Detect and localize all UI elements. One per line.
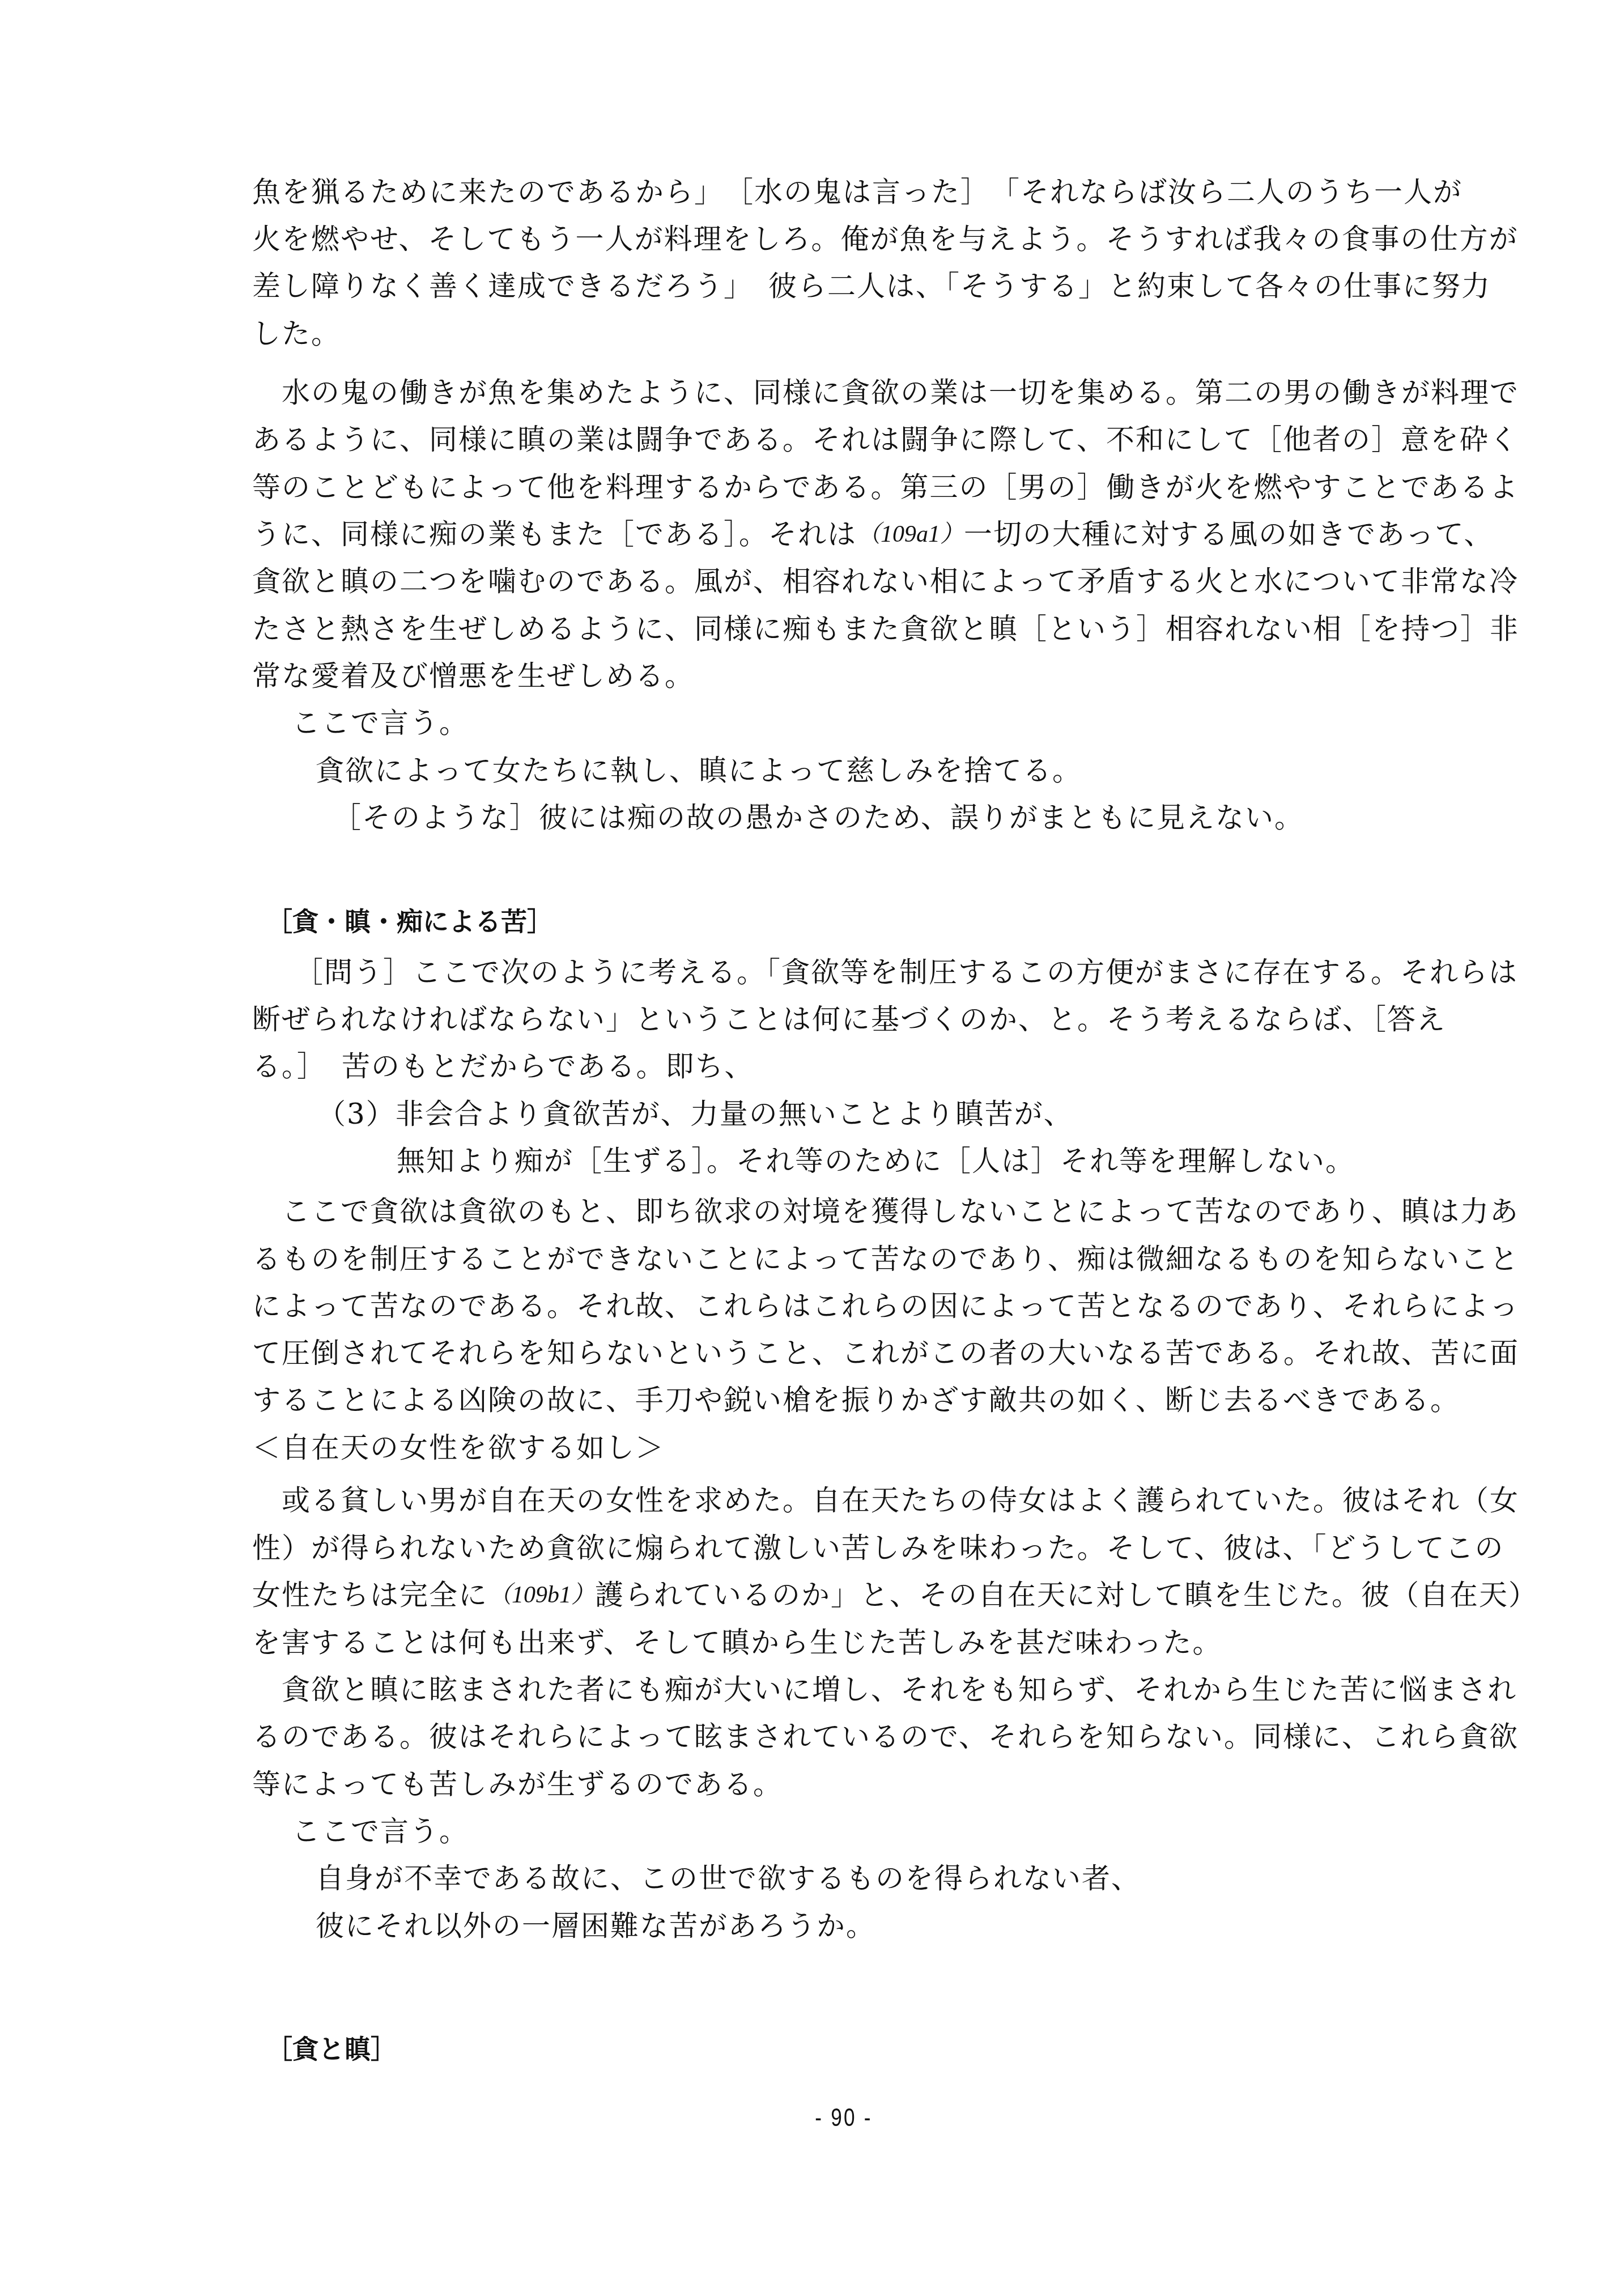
paragraph-line: 或る貧しい男が自在天の女性を求めた。自在天たちの侍女はよく護られていた。彼はそれ… bbox=[282, 1483, 1427, 1517]
verse-line: （3）非会合より貪欲苦が、力量の無いことより瞋苦が、 bbox=[317, 1097, 1073, 1131]
paragraph-line: ここで言う。 bbox=[292, 1814, 469, 1848]
paragraph-line: 性）が得られないため貪欲に煽られて激しい苦しみを味わった。そして、彼は、「どうし… bbox=[252, 1531, 1427, 1565]
document-page: 魚を猟るために来たのであるから」 ［水の鬼は言った］ 「それならば汝ら二人のうち… bbox=[0, 0, 1624, 2296]
line-text: うに、同様に痴の業もまた［である］。それは bbox=[252, 517, 857, 551]
paragraph-line: 等のことどもによって他を料理するからである。第三の［男の］働きが火を燃やすことで… bbox=[252, 470, 1427, 504]
paragraph-line: 女性たちは完全に （109b1） 護られているのか」と、その自在天に対して瞋を生… bbox=[252, 1578, 1427, 1612]
paragraph-line: 水の鬼の働きが魚を集めたように、同様に貪欲の業は一切を集める。第二の男の働きが料… bbox=[282, 376, 1427, 410]
paragraph-line: 貪欲と瞋の二つを噛むのである。風が、相容れない相によって矛盾する火と水について非… bbox=[252, 564, 1427, 598]
paragraph-line: て圧倒されてそれらを知らないということ、これがこの者の大いなる苦である。それ故、… bbox=[252, 1336, 1427, 1370]
paragraph-line: 断ぜられなければならない」ということは何に基づくのか、と。そう考えるならば、［答… bbox=[252, 1002, 1427, 1036]
paragraph-line: 魚を猟るために来たのであるから」 ［水の鬼は言った］ 「それならば汝ら二人のうち… bbox=[252, 175, 1427, 209]
paragraph-line: うに、同様に痴の業もまた［である］。それは （109a1） 一切の大種に対する風… bbox=[252, 517, 1427, 551]
page-number: - 90 - bbox=[811, 2102, 877, 2134]
paragraph-line: 常な愛着及び憎悪を生ぜしめる。 bbox=[252, 659, 694, 693]
verse-line: ［そのような］彼には痴の故の愚かさのため、誤りがまともに見えない。 bbox=[333, 801, 1304, 835]
paragraph-line: によって苦なのである。それ故、これらはこれらの因によって苦となるのであり、それら… bbox=[252, 1289, 1427, 1323]
paragraph-line: することによる凶険の故に、手刀や鋭い槍を振りかざす敵共の如く、断じ去るべきである… bbox=[252, 1383, 1460, 1417]
section-heading: ［貪・瞋・痴による苦］ bbox=[266, 904, 553, 938]
page-reference: （109b1） bbox=[488, 1578, 595, 1612]
paragraph-line: ［問う］ここで次のように考える。「貪欲等を制圧するこの方便がまさに存在する。それ… bbox=[295, 955, 1427, 989]
verse-line: 自身が不幸である故に、この世で欲するものを得られない者、 bbox=[316, 1861, 1141, 1895]
verse-line: 貪欲によって女たちに執し、瞋によって慈しみを捨てる。 bbox=[316, 754, 1082, 788]
page-reference: （109a1） bbox=[857, 517, 964, 551]
section-heading: ［貪と瞋］ bbox=[266, 2032, 397, 2066]
line-text: 一切の大種に対する風の如きであって、 bbox=[964, 517, 1494, 551]
verse-line: 無知より痴が［生ずる］。それ等のために［人は］それ等を理解しない。 bbox=[397, 1144, 1355, 1178]
paragraph-line: ここで言う。 bbox=[292, 706, 469, 740]
paragraph-line: る。］ 苦のもとだからである。即ち、 bbox=[252, 1049, 754, 1083]
line-text: 護られているのか」と、その自在天に対して瞋を生じた。彼（自在天） bbox=[595, 1578, 1538, 1612]
paragraph-line: ここで貪欲は貪欲のもと、即ち欲求の対境を獲得しないことによって苦なのであり、瞋は… bbox=[282, 1194, 1427, 1228]
story-subheading: ＜自在天の女性を欲する如し＞ bbox=[252, 1431, 665, 1465]
paragraph-line: あるように、同様に瞋の業は闘争である。それは闘争に際して、不和にして［他者の］意… bbox=[252, 423, 1427, 457]
line-text: 女性たちは完全に bbox=[252, 1578, 488, 1612]
paragraph-line: を害することは何も出来ず、そして瞋から生じた苦しみを甚だ味わった。 bbox=[252, 1626, 1222, 1660]
paragraph-line: 火を燃やせ、そしてもう一人が料理をしろ。俺が魚を与えよう。そうすれば我々の食事の… bbox=[252, 222, 1427, 256]
paragraph-line: るものを制圧することができないことによって苦なのであり、痴は微細なるものを知らな… bbox=[252, 1242, 1427, 1276]
paragraph-line: たさと熱さを生ぜしめるように、同様に痴もまた貪欲と瞋［という］相容れない相［を持… bbox=[252, 612, 1427, 646]
paragraph-line: した。 bbox=[252, 317, 341, 351]
paragraph-line: るのである。彼はそれらによって眩まされているので、それらを知らない。同様に、これ… bbox=[252, 1720, 1427, 1754]
paragraph-line: 等によっても苦しみが生ずるのである。 bbox=[252, 1767, 783, 1801]
paragraph-line: 貪欲と瞋に眩まされた者にも痴が大いに増し、それをも知らず、それから生じた苦に悩ま… bbox=[282, 1673, 1427, 1707]
verse-line: 彼にそれ以外の一層困難な苦があろうか。 bbox=[316, 1909, 875, 1943]
paragraph-line: 差し障りなく善く達成できるだろう」 彼ら二人は、「そうする」と約束して各々の仕事… bbox=[252, 269, 1427, 303]
